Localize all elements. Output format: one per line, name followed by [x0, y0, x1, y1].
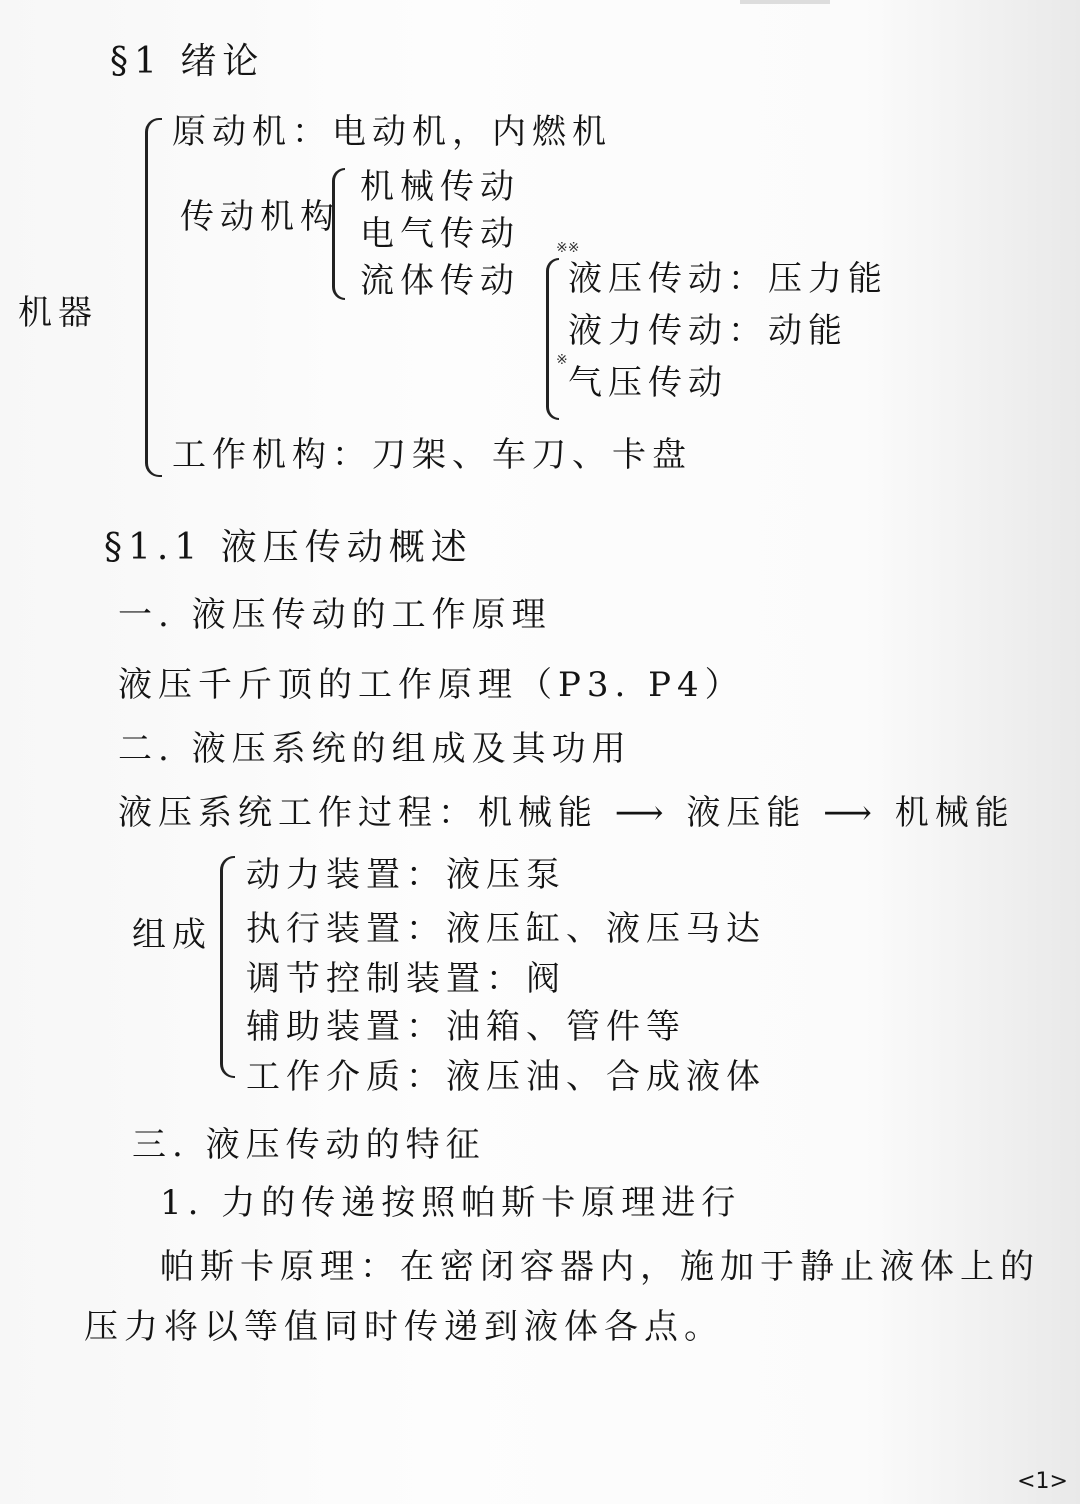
heading-2: 二. 液压系统的组成及其功用 — [118, 732, 632, 766]
composition-label: 组成 — [132, 918, 212, 952]
root-label: 机器 — [18, 296, 98, 330]
main-brace — [145, 118, 162, 477]
section-title-1: §1 绪论 — [110, 44, 264, 80]
page-number: <1> — [1017, 1469, 1068, 1494]
pascal-line-1: 帕斯卡原理：在密闭容器内，施加于静止液体上的 — [160, 1250, 1040, 1284]
work-process: 液压系统工作过程：机械能 ⟶ 液压能 ⟶ 机械能 — [118, 796, 1015, 830]
working-mechanism: 工作机构：刀架、车刀、卡盘 — [172, 438, 692, 472]
fluid-brace — [546, 258, 559, 420]
composition-item: 调节控制装置：阀 — [246, 962, 566, 996]
composition-item: 工作介质：液压油、合成液体 — [246, 1060, 766, 1094]
point-1: 1. 力的传递按照帕斯卡原理进行 — [160, 1186, 741, 1220]
transmission-item: 流体传动 — [360, 264, 520, 298]
transmission-label: 传动机构 — [180, 200, 340, 234]
composition-item: 执行装置：液压缸、液压马达 — [246, 912, 766, 946]
jack-principle: 液压千斤顶的工作原理（P3. P4） — [118, 668, 745, 702]
section-title-1-1: §1.1 液压传动概述 — [104, 530, 473, 566]
star-mark: ※※ — [556, 240, 579, 256]
heading-1: 一. 液压传动的工作原理 — [118, 598, 552, 632]
star-mark: ※ — [556, 352, 568, 368]
transmission-item: 机械传动 — [360, 170, 520, 204]
fluid-item: 液力传动：动能 — [568, 314, 848, 348]
fluid-item: 气压传动 — [568, 366, 728, 400]
heading-3: 三. 液压传动的特征 — [132, 1128, 486, 1162]
composition-brace — [220, 856, 235, 1078]
transmission-item: 电气传动 — [360, 217, 520, 251]
transmission-brace — [332, 168, 345, 300]
fluid-item: 液压传动：压力能 — [568, 262, 888, 296]
composition-item: 辅助装置：油箱、管件等 — [246, 1010, 686, 1044]
pascal-line-2: 压力将以等值同时传递到液体各点。 — [84, 1310, 724, 1344]
scan-artifact — [740, 0, 830, 4]
composition-item: 动力装置：液压泵 — [246, 858, 566, 892]
prime-mover: 原动机：电动机，内燃机 — [172, 115, 612, 149]
